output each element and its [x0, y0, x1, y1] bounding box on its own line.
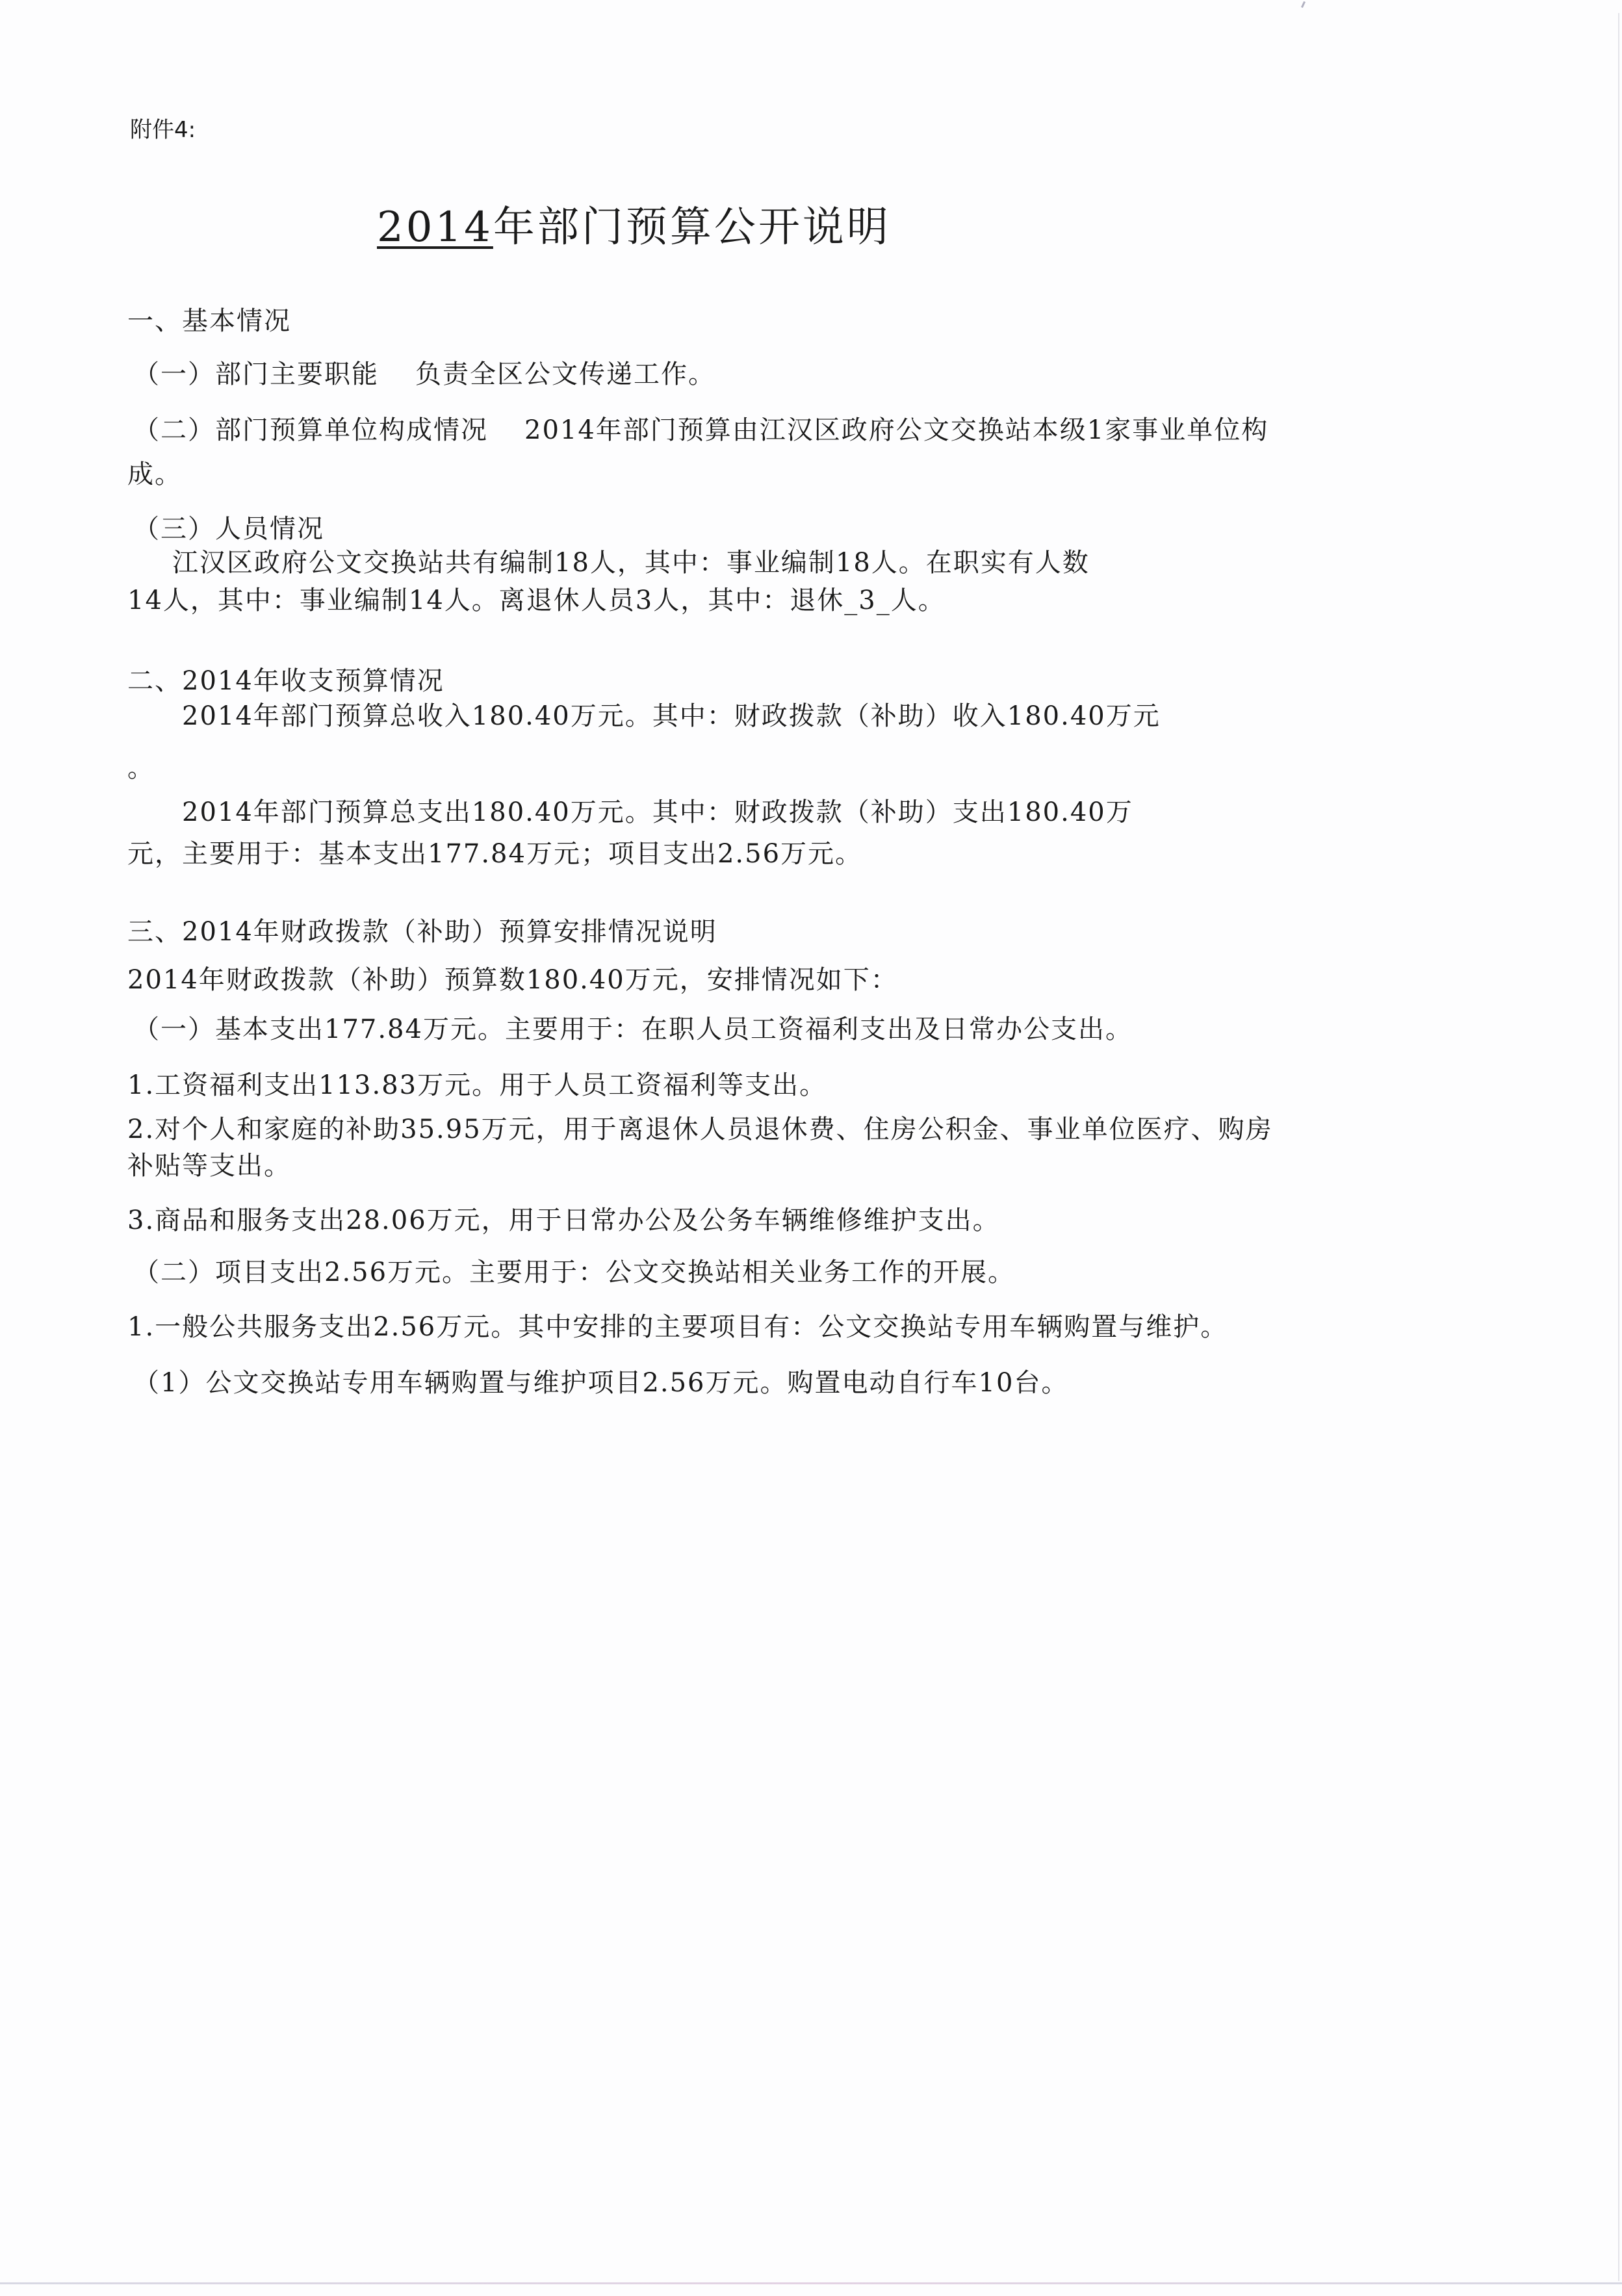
- text-expense-line2: 元，主要用于：基本支出177.84万元；项目支出2.56万元。: [127, 838, 862, 870]
- project-item-1-sub: （1）公文交换站专用车辆购置与维护项目2.56万元。购置电动自行车10台。: [133, 1367, 1068, 1399]
- paragraph-unit-composition: （二）部门预算单位构成情况2014年部门预算由江汉区政府公文交换站本级1家事业单…: [133, 415, 1268, 446]
- page-edge: [1618, 13, 1619, 2281]
- label-unit-composition: （二）部门预算单位构成情况: [133, 415, 488, 445]
- basic-item-3: 3.商品和服务支出28.06万元，用于日常办公及公务车辆维修维护支出。: [127, 1205, 1000, 1236]
- project-item-1: 1.一般公共服务支出2.56万元。其中安排的主要项目有：公文交换站专用车辆购置与…: [127, 1311, 1228, 1343]
- text-unit-composition-cont: 成。: [127, 459, 182, 490]
- text-staffing-line1: 江汉区政府公文交换站共有编制18人，其中：事业编制18人。在职实有人数: [172, 547, 1090, 578]
- label-staffing: （三）人员情况: [133, 513, 324, 545]
- label-main-function: （一）部门主要职能: [133, 359, 379, 389]
- text-income-line1: 2014年部门预算总收入180.40万元。其中：财政拨款（补助）收入180.40…: [182, 701, 1161, 732]
- page-title: 2014年部门预算公开说明: [377, 203, 891, 252]
- text-staffing-line2: 14人，其中：事业编制14人。离退休人员3人，其中：退休_3_人。: [127, 585, 946, 616]
- subheading-basic-expenditure: （一）基本支出177.84万元。主要用于：在职人员工资福利支出及日常办公支出。: [133, 1014, 1133, 1045]
- text-unit-composition: 2014年部门预算由江汉区政府公文交换站本级1家事业单位构: [524, 415, 1268, 445]
- page-bottom-edge: [0, 2282, 1622, 2284]
- title-year: 2014: [377, 203, 493, 252]
- scan-mark: [1301, 1, 1306, 8]
- section-heading-appropriation: 三、2014年财政拨款（补助）预算安排情况说明: [127, 916, 717, 948]
- basic-item-2: 2.对个人和家庭的补助35.95万元，用于离退休人员退休费、住房公积金、事业单位…: [127, 1114, 1273, 1145]
- basic-item-2-cont: 补贴等支出。: [127, 1150, 291, 1181]
- basic-item-1: 1.工资福利支出113.83万元。用于人员工资福利等支出。: [127, 1070, 827, 1101]
- document-page: 附件4: 2014年部门预算公开说明 一、基本情况 （一）部门主要职能负责全区公…: [0, 0, 1622, 2296]
- text-expense-line1: 2014年部门预算总支出180.40万元。其中：财政拨款（补助）支出180.40…: [182, 797, 1133, 828]
- title-text: 年部门预算公开说明: [493, 203, 891, 252]
- text-appropriation-intro: 2014年财政拨款（补助）预算数180.40万元，安排情况如下：: [127, 964, 898, 996]
- attachment-label: 附件4:: [130, 114, 196, 146]
- section-heading-budget: 二、2014年收支预算情况: [127, 665, 444, 697]
- text-income-line2: 。: [127, 753, 155, 784]
- paragraph-main-function: （一）部门主要职能负责全区公文传递工作。: [133, 359, 715, 390]
- section-heading-basic-info: 一、基本情况: [127, 305, 291, 337]
- subheading-project-expenditure: （二）项目支出2.56万元。主要用于：公文交换站相关业务工作的开展。: [133, 1257, 1015, 1288]
- text-main-function: 负责全区公文传递工作。: [415, 359, 715, 389]
